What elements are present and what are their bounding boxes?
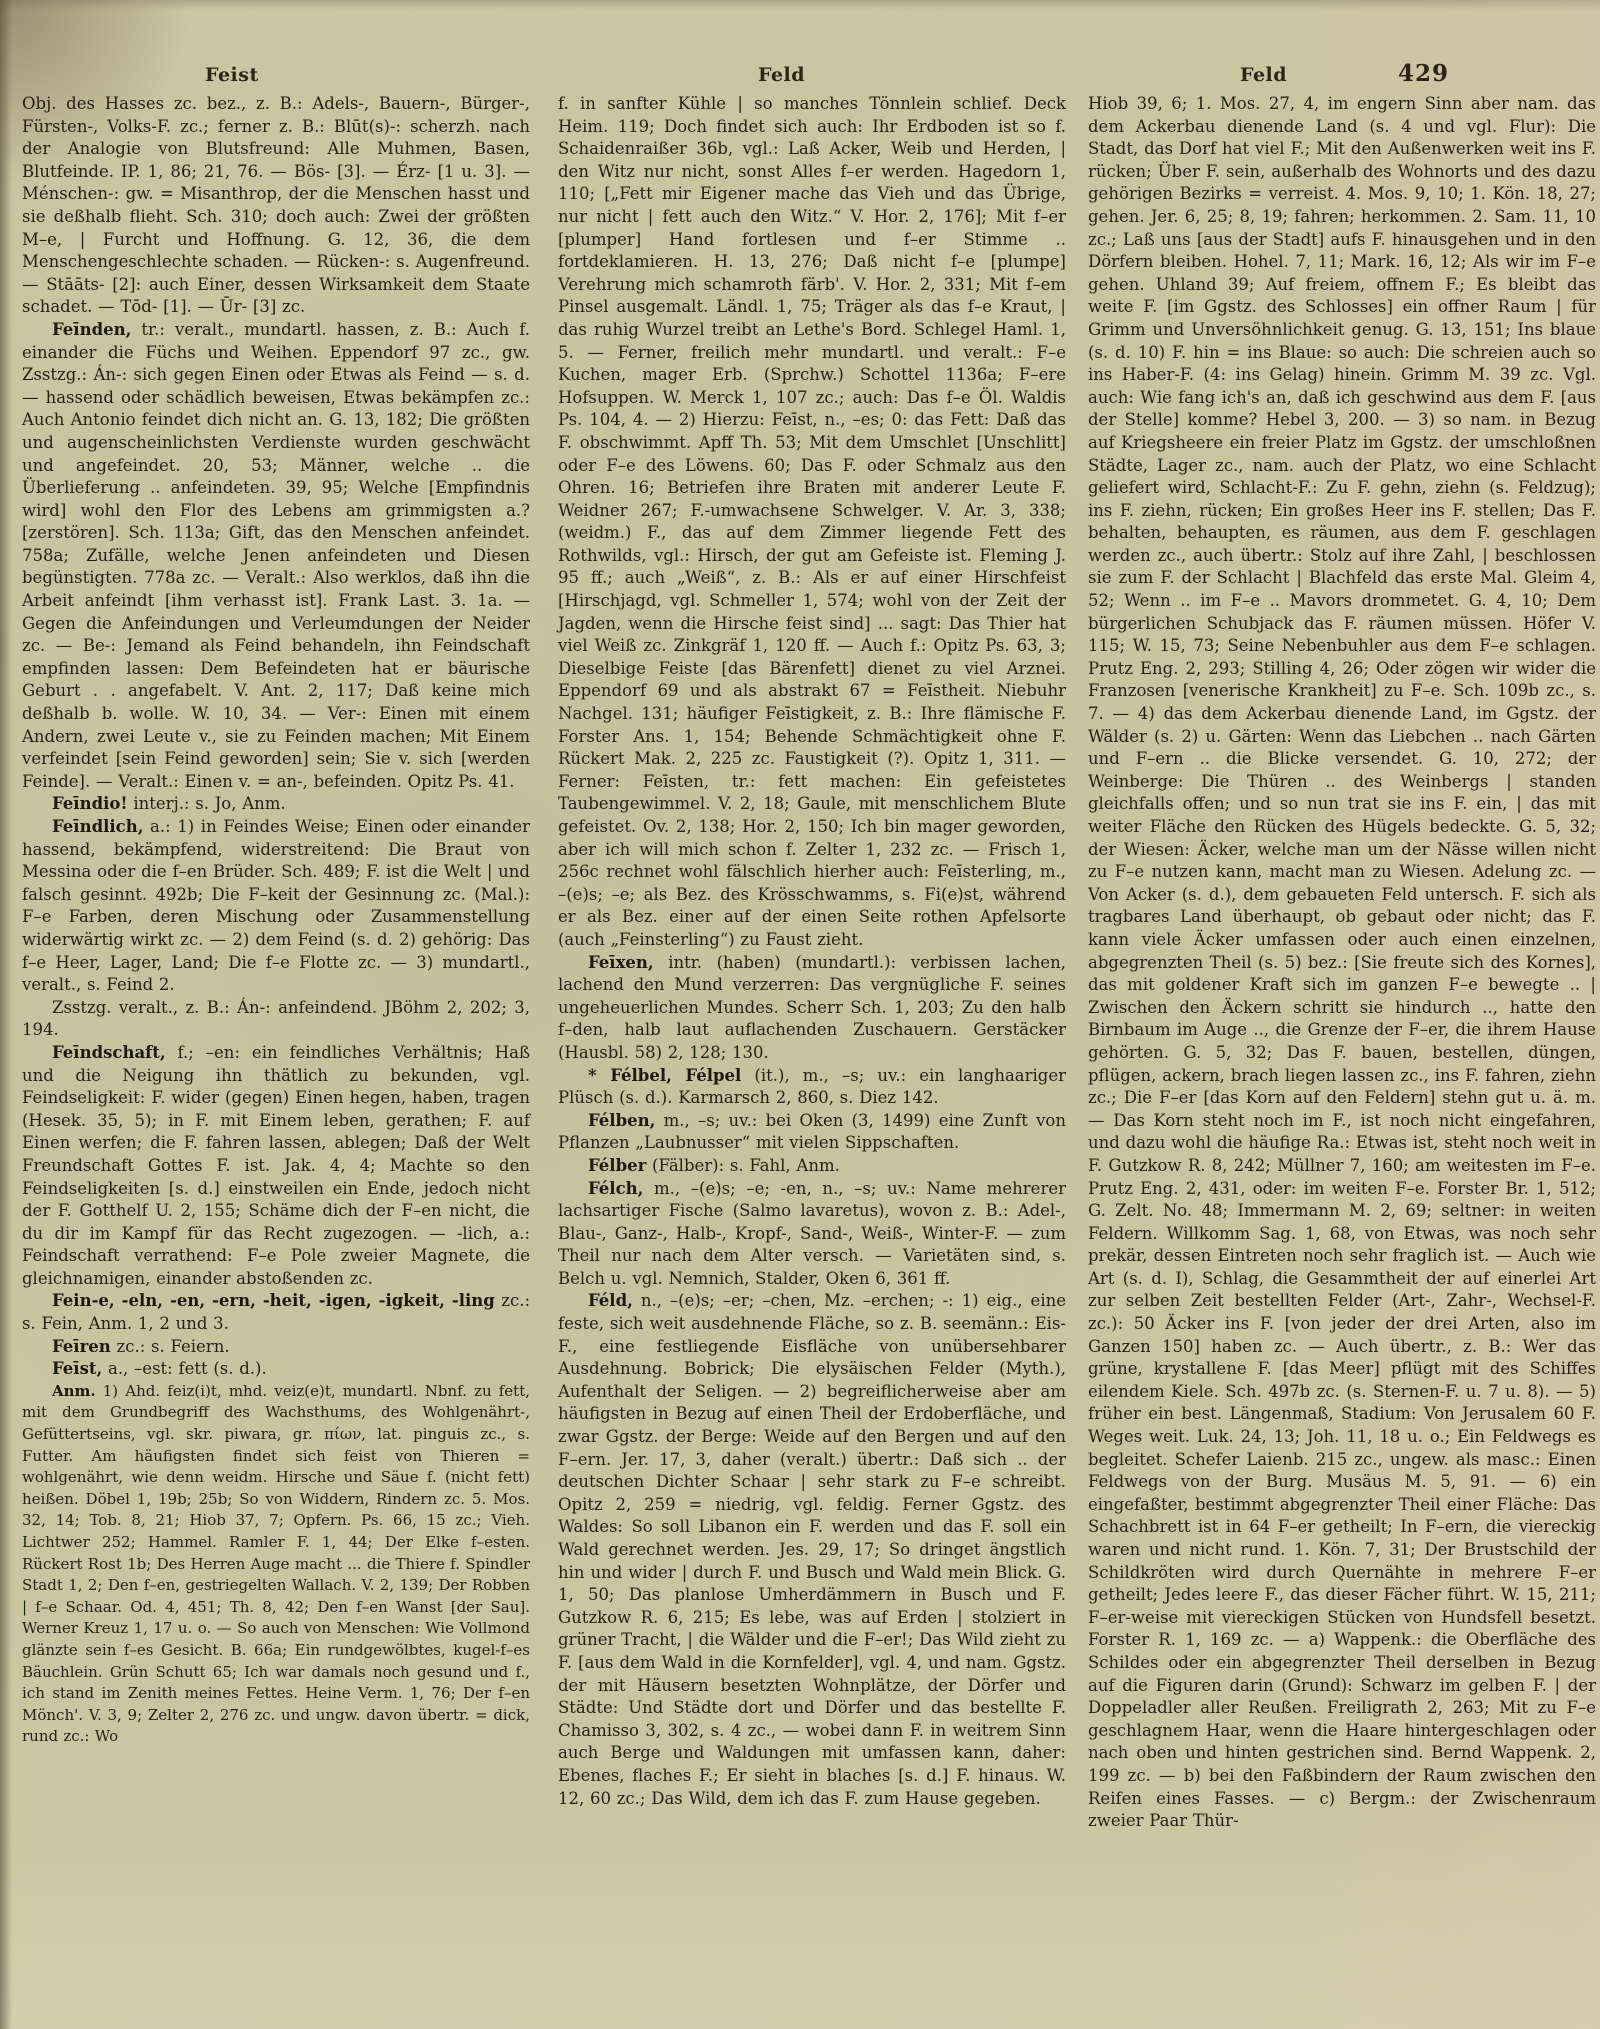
dictionary-paragraph: Feīnden, tr.: veralt., mundartl. hassen,… — [22, 319, 530, 793]
headword: * Félbel, Félpel — [588, 1066, 741, 1085]
dictionary-paragraph: Féld, n., –(e)s; –er; –chen, Mz. –erchen… — [558, 1290, 1066, 1810]
text-column-1: Obj. des Hasses zc. bez., z. B.: Adels-,… — [22, 93, 530, 1748]
dictionary-paragraph: Feīren zc.: s. Feiern. — [22, 1336, 530, 1359]
running-head-right: Feld — [1240, 64, 1287, 88]
headword: Anm. — [52, 1382, 96, 1400]
dictionary-paragraph: Hiob 39, 6; 1. Mos. 27, 4, im engern Sin… — [1088, 93, 1596, 1833]
running-head-center: Feld — [758, 64, 805, 88]
running-head-left: Feist — [205, 64, 259, 88]
headword: Fein-e, -eln, -en, -ern, -heit, -igen, -… — [52, 1291, 495, 1310]
dictionary-paragraph: Zsstzg. veralt., z. B.: Án-: anfeindend.… — [22, 997, 530, 1042]
dictionary-paragraph: Obj. des Hasses zc. bez., z. B.: Adels-,… — [22, 93, 530, 319]
dictionary-paragraph: Félben, m., –s; uv.: bei Oken (3, 1499) … — [558, 1110, 1066, 1155]
dictionary-paragraph: Feīndio! interj.: s. Jo, Anm. — [22, 793, 530, 816]
dictionary-paragraph: Fein-e, -eln, -en, -ern, -heit, -igen, -… — [22, 1290, 530, 1335]
headword: Feīren — [52, 1337, 111, 1356]
page-number: 429 — [1398, 60, 1449, 87]
scanned-dictionary-page: Feist Feld Feld 429 Obj. des Hasses zc. … — [0, 0, 1600, 2029]
dictionary-paragraph: Feīndschaft, f.; –en: ein feindliches Ve… — [22, 1042, 530, 1291]
headword: Féld, — [588, 1291, 633, 1310]
headword: Félber — [588, 1156, 646, 1175]
dictionary-paragraph: Feīst, a., –est: fett (s. d.). — [22, 1358, 530, 1381]
dictionary-paragraph: Félch, m., –(e)s; –e; -en, n., –s; uv.: … — [558, 1178, 1066, 1291]
dictionary-paragraph: Feīxen, intr. (haben) (mundartl.): verbi… — [558, 952, 1066, 1065]
dictionary-paragraph: Anm. 1) Ahd. feiz(i)t, mhd. veiz(e)t, mu… — [22, 1381, 530, 1748]
dictionary-paragraph: Feīndlich, a.: 1) in Feindes Weise; Eine… — [22, 816, 530, 997]
headword: Feīnden, — [52, 320, 131, 339]
headword: Feīxen, — [588, 953, 654, 972]
text-column-2: f. in sanfter Kühle | so manches Tönnlei… — [558, 93, 1066, 1810]
headword: Feīst, — [52, 1359, 102, 1378]
headword: Félch, — [588, 1179, 643, 1198]
dictionary-paragraph: * Félbel, Félpel (it.), m., –s; uv.: ein… — [558, 1065, 1066, 1110]
headword: Feīndschaft, — [52, 1043, 166, 1062]
text-column-3: Hiob 39, 6; 1. Mos. 27, 4, im engern Sin… — [1088, 93, 1596, 1833]
headword: Félben, — [588, 1111, 655, 1130]
headword: Feīndio! — [52, 794, 128, 813]
headword: Feīndlich, — [52, 817, 143, 836]
dictionary-paragraph: f. in sanfter Kühle | so manches Tönnlei… — [558, 93, 1066, 952]
dictionary-paragraph: Félber (Fälber): s. Fahl, Anm. — [558, 1155, 1066, 1178]
